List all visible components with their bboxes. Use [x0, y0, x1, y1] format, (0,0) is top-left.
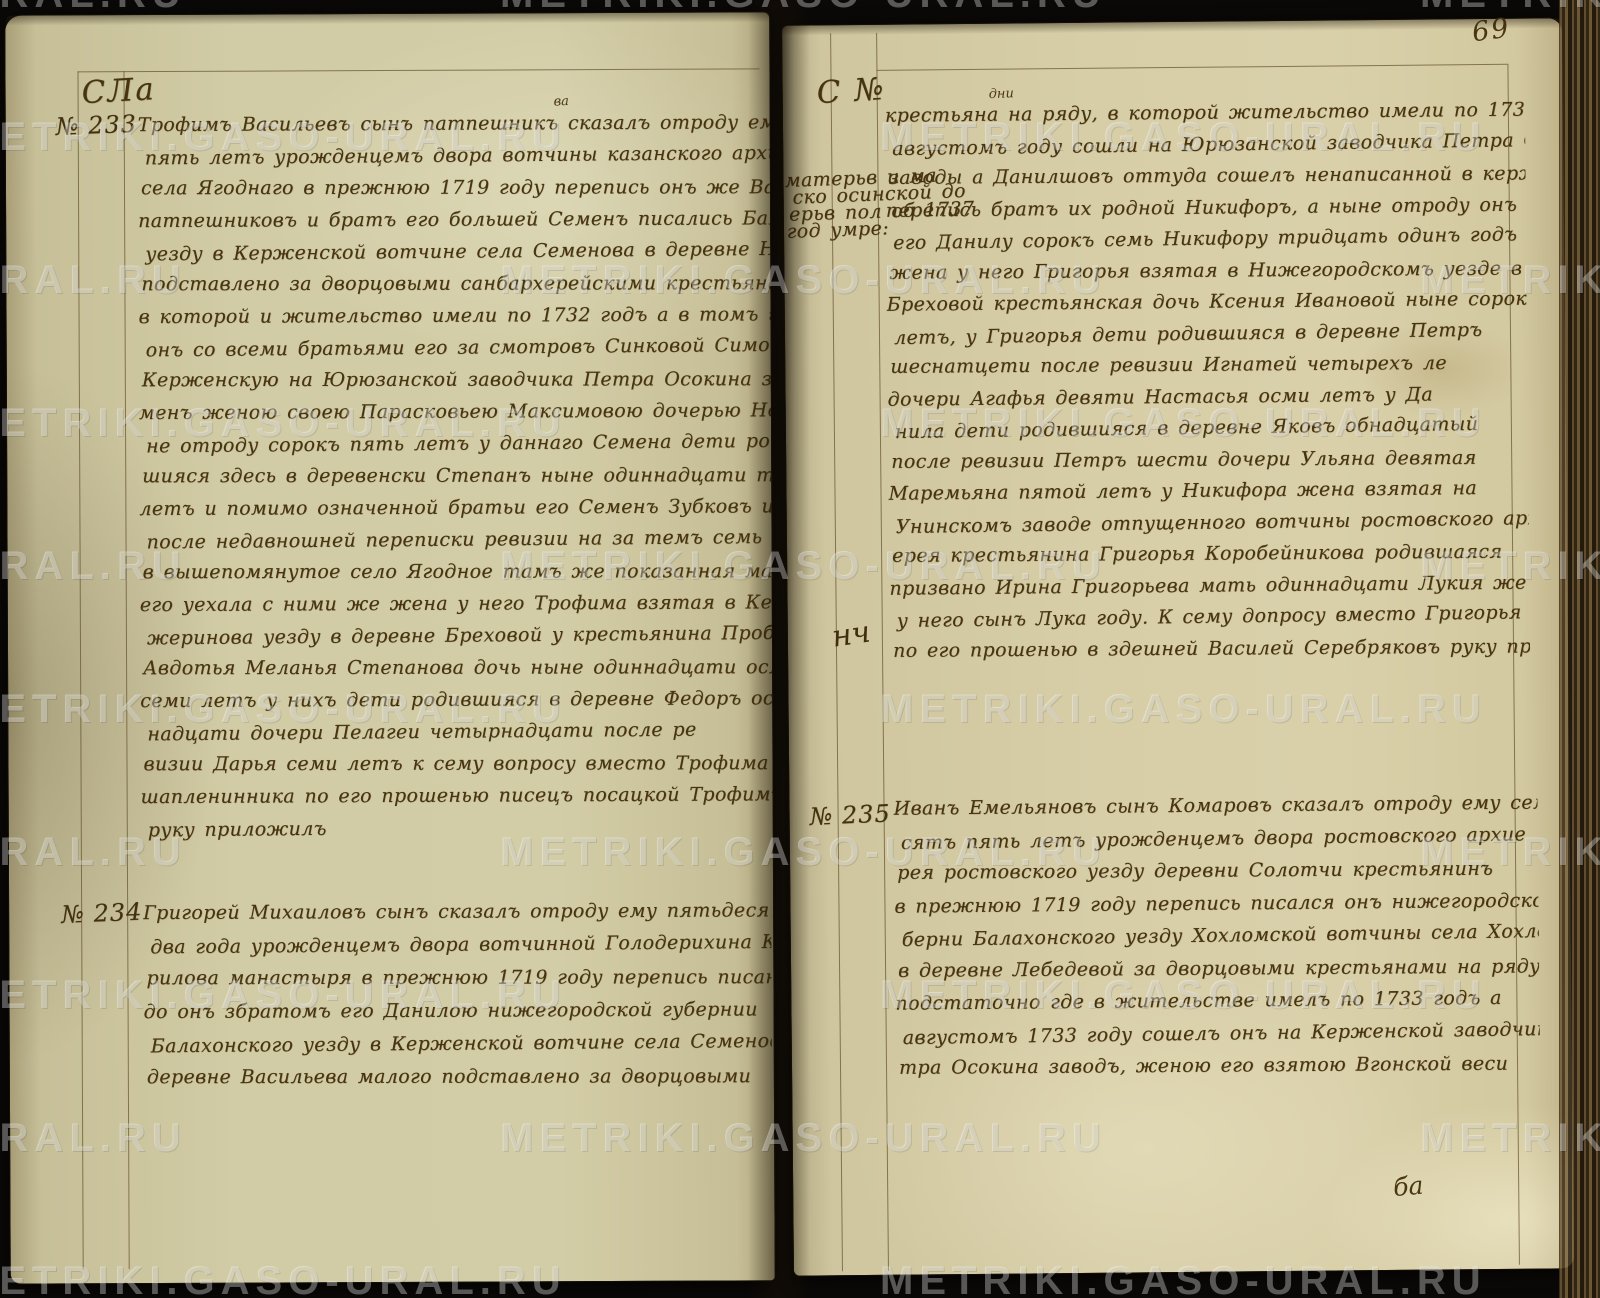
manuscript-line: уезду в Керженской вотчине села Семенова… [145, 233, 773, 271]
ruled-top-line-right [876, 64, 1507, 71]
manuscript-line: села Ягоднаго в прежнюю 1719 году перепи… [141, 171, 773, 204]
ruled-margin-line-left-inner [123, 71, 129, 1269]
manuscript-line: онъ со всеми братьями его за смотровъ Си… [146, 329, 773, 367]
manuscript-line: после ревизии Петръ шести дочери Ульяна … [891, 442, 1530, 478]
entry-234-text: Григорей Михаиловъ сынъ сказалъ отроду е… [143, 894, 772, 1101]
entry-235-text: Иванъ Емельяновъ сынъ Комаровъ сказалъ о… [893, 787, 1540, 1089]
manuscript-line: тра Осокина заводъ, женою его взятою Вго… [899, 1047, 1540, 1084]
manuscript-line: после недавношней переписки ревизии на з… [146, 521, 772, 559]
manuscript-line: шияся здесь в деревенски Степанъ ныне од… [142, 459, 773, 492]
manuscript-line: летъ и помимо означенной братьи его Семе… [139, 490, 771, 525]
manuscript-line: два года урожденцемъ двора вотчинной Гол… [150, 926, 772, 964]
left-page-header-mark: СЛа [81, 71, 157, 111]
manuscript-line: шапленинника по его прошенью писецъ поса… [141, 778, 773, 813]
manuscript-line: Балахонского уезду в Керженской вотчине … [151, 1025, 772, 1063]
manuscript-line: Трофимъ Васильевъ сынъ патпешникъ сказал… [138, 106, 770, 141]
manuscript-line: руку приложилъ [148, 809, 773, 847]
entry-233-number: № 233 [55, 110, 137, 141]
ruled-top-line-left [77, 68, 759, 72]
manuscript-scan: СЛа № 233 ва Трофимъ Васильевъ сынъ патп… [0, 0, 1600, 1298]
watermark-text: METRIKI.GASO-URAL.RU [1420, 0, 1600, 17]
manuscript-line: подставлено за дворцовыми санбархерейски… [141, 267, 773, 300]
folio-number: 69 [1470, 13, 1512, 49]
manuscript-line: пять летъ урожденцемъ двора вотчины каза… [145, 137, 773, 175]
manuscript-line: ерьв пол об 1737 [789, 204, 882, 224]
manuscript-line: Авдотья Меланья Степанова дочь ныне один… [143, 651, 773, 684]
manuscript-line: жена у него Григорья взятая в Нижегородс… [889, 253, 1529, 289]
manuscript-line: до онъ збратомъ его Данилою нижегородско… [144, 993, 772, 1029]
right-page-header-mark: С № [816, 71, 887, 111]
right-page: 69 С № дни матерьв и маско осинской доер… [782, 18, 1574, 1275]
manuscript-line: по его прошенью в здешней Василей Серебр… [893, 631, 1530, 667]
margin-flourish-mark: нч [829, 614, 872, 654]
manuscript-line: менъ женою своею Парасковьею Максимовою … [139, 394, 771, 429]
entry-continuation-text: крестьяна на ряду, в которой жительство … [885, 95, 1530, 671]
catchword: ба [1392, 1171, 1424, 1202]
entry-234-number: № 234 [61, 898, 143, 929]
manuscript-line: визии Дарья семи летъ к сему вопросу вме… [143, 747, 772, 780]
manuscript-line: деревне Васильева малого подставлено за … [147, 1060, 772, 1094]
manuscript-line: Григорей Михаиловъ сынъ сказалъ отроду е… [143, 894, 771, 930]
entry-235-number: № 235 [809, 799, 891, 831]
entry-233-text: Трофимъ Васильевъ сынъ патпешникъ сказал… [138, 106, 773, 855]
manuscript-line: в деревне Лебедевой за дворцовыми кресть… [898, 950, 1540, 987]
manuscript-line: его уехала с ними же жена у него Трофима… [140, 586, 772, 621]
manuscript-line: рилова манастыря в прежнюю 1719 году пер… [146, 961, 772, 995]
manuscript-line: в которой и жительство имели по 1732 год… [138, 298, 770, 333]
manuscript-line: жеринова уезду в деревне Бреховой у крес… [147, 617, 773, 655]
ruled-margin-line-left-outer [77, 71, 83, 1269]
manuscript-line: заводы а Данилшовъ оттуда сошелъ ненапис… [888, 158, 1528, 194]
left-page: СЛа № 233 ва Трофимъ Васильевъ сынъ патп… [5, 12, 775, 1283]
manuscript-line: шеснатцети после ревизии Игнатей четырех… [890, 347, 1530, 383]
manuscript-line: ерея крестьянина Григорья Коробейникова … [892, 536, 1530, 572]
margin-death-note: матерьв и маско осинской доерьв пол об 1… [785, 170, 879, 241]
manuscript-line: патпешниковъ и братъ его большей Семенъ … [138, 202, 770, 237]
manuscript-line: не отроду сорокъ пять летъ у даннаго Сем… [146, 425, 773, 463]
manuscript-line: Керженскую на Юрюзанской заводчика Петра… [142, 363, 773, 396]
manuscript-line: в вышепомянутое село Ягодное тамъ же пок… [143, 555, 773, 588]
manuscript-line: семи летъ у нихъ дети родившияся в дерев… [140, 682, 772, 717]
manuscript-line: рея ростовского уезду деревни Солотчи кр… [897, 852, 1540, 889]
manuscript-line: надцати дочери Пелагеи четырнадцати посл… [147, 713, 773, 751]
